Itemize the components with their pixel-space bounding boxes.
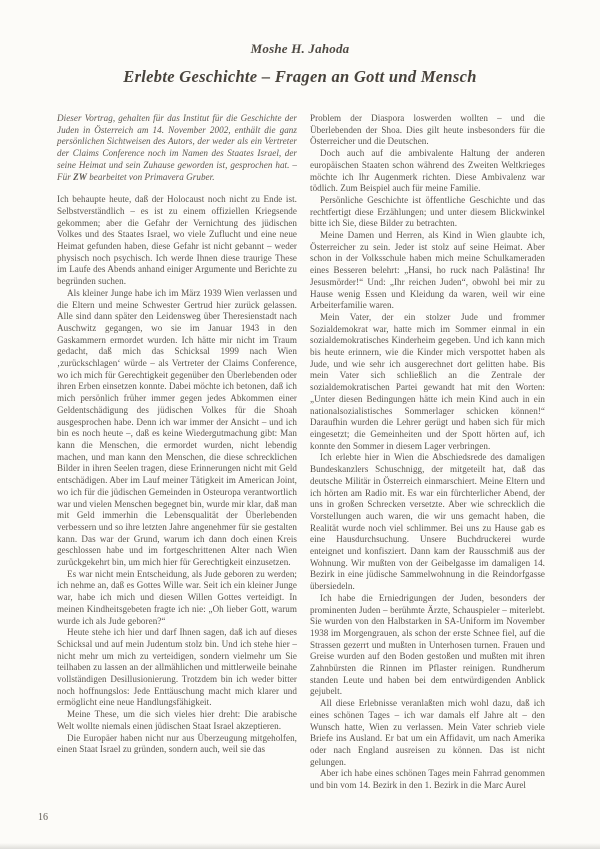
paragraph: Meine Damen und Herren, als Kind in Wien… [310,230,545,312]
paragraph: Als kleiner Junge habe ich im März 1939 … [57,288,297,569]
paragraph-continuation: Problem der Diaspora loswerden wollten –… [310,113,545,148]
paragraph: Ich erlebte hier in Wien die Abschiedsre… [310,452,545,592]
paragraph: Doch auch auf die ambivalente Haltung de… [310,148,545,195]
paragraph: Die Europäer haben nicht nur aus Überzeu… [57,733,297,756]
paragraph: Meine These, um die sich vieles hier dre… [57,709,297,732]
paragraph: Es war nicht mein Entscheidung, als Jude… [57,569,297,628]
page-number: 16 [38,812,48,823]
paragraph: Heute stehe ich hier und darf Ihnen sage… [57,627,297,709]
left-column: Dieser Vortrag, gehalten für das Institu… [57,113,297,792]
paragraph: Ich behaupte heute, daß der Holocaust no… [57,194,297,288]
paragraph: Ich habe die Erniedrigungen der Juden, b… [310,593,545,698]
intro-text-after: bearbeitet von Primavera Gruber. [87,172,215,182]
intro-paragraph: Dieser Vortrag, gehalten für das Institu… [57,113,297,183]
scan-edge-shadow [0,843,600,849]
scanned-document-page: Moshe H. Jahoda Erlebte Geschichte – Fra… [0,0,600,849]
right-column: Problem der Diaspora loswerden wollten –… [310,113,545,792]
paragraph: Aber ich habe eines schönen Tages mein F… [310,768,545,791]
article-title: Erlebte Geschichte – Fragen an Gott und … [0,67,600,87]
intro-zw-abbrev: ZW [73,172,87,182]
author-name: Moshe H. Jahoda [0,41,600,57]
paragraph: Persönliche Geschichte ist öffentliche G… [310,195,545,230]
two-column-text-block: Dieser Vortrag, gehalten für das Institu… [57,113,545,792]
paragraph: Mein Vater, der ein stolzer Jude und fro… [310,312,545,452]
paragraph: All diese Erlebnisse veranlaßten mich wo… [310,698,545,768]
